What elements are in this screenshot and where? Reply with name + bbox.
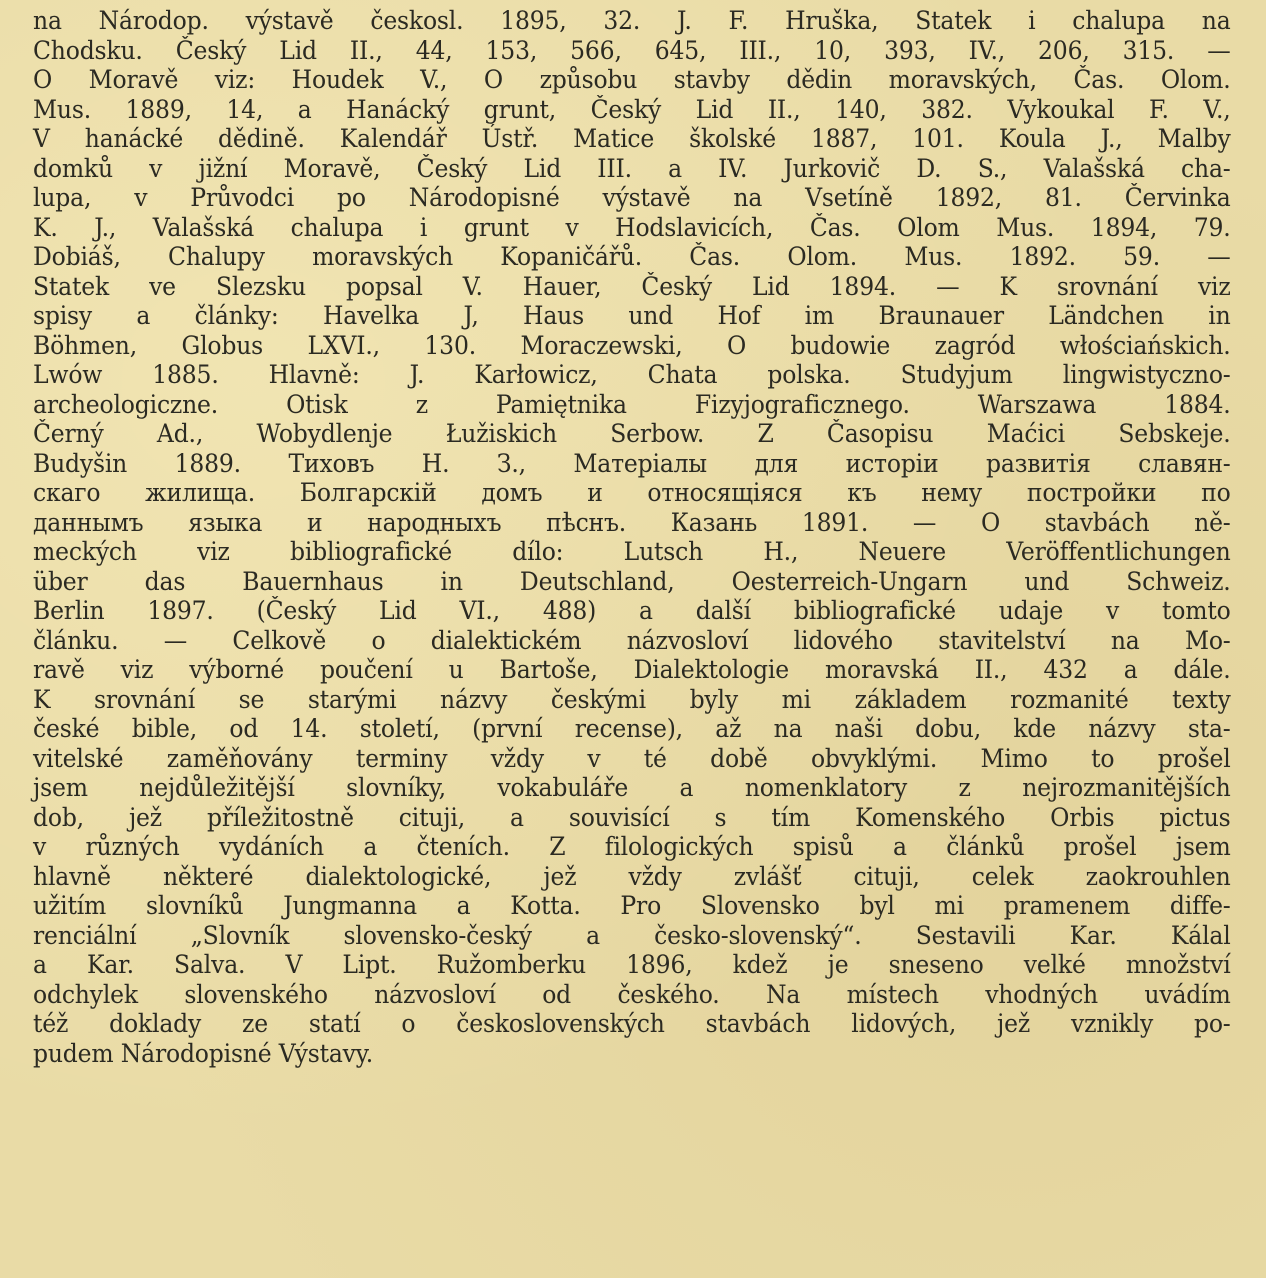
text-line: užitím slovníků Jungmanna a Kotta. Pro S…	[33, 891, 1231, 921]
text-line: Chodsku. Český Lid II., 44, 153, 566, 64…	[33, 36, 1231, 66]
document-page: na Národop. výstavě českosl. 1895, 32. J…	[33, 6, 1231, 1068]
text-line: Böhmen, Globus LXVI., 130. Moraczewski, …	[33, 331, 1231, 361]
text-line: dob, jež příležitostně cituji, a souvisí…	[33, 803, 1231, 833]
text-line: renciální „Slovník slovensko-český a čes…	[33, 921, 1231, 951]
text-line: über das Bauernhaus in Deutschland, Oest…	[33, 567, 1231, 597]
text-line: jsem nejdůležitější slovníky, vokabuláře…	[33, 773, 1231, 803]
text-line: odchylek slovenského názvosloví od české…	[33, 980, 1231, 1010]
text-line: spisy a články: Havelka J, Haus und Hof …	[33, 301, 1231, 331]
text-line: domků v jižní Moravě, Český Lid III. a I…	[33, 154, 1231, 184]
text-line: V hanácké dědině. Kalendář Ústř. Matice …	[33, 124, 1231, 154]
text-line: hlavně některé dialektologické, jež vždy…	[33, 862, 1231, 892]
text-line: a Kar. Salva. V Lipt. Ružomberku 1896, k…	[33, 950, 1231, 980]
text-line: K. J., Valašská chalupa i grunt v Hodsla…	[33, 213, 1231, 243]
text-line: též doklady ze statí o československých …	[33, 1009, 1231, 1039]
text-line: lupa, v Průvodci po Národopisné výstavě …	[33, 183, 1231, 213]
text-line: Lwów 1885. Hlavně: J. Karłowicz, Chata p…	[33, 360, 1231, 390]
text-line: K srovnání se starými názvy českými byly…	[33, 685, 1231, 715]
text-line: na Národop. výstavě českosl. 1895, 32. J…	[33, 6, 1231, 36]
text-line: meckých viz bibliografické dílo: Lutsch …	[33, 537, 1231, 567]
text-line: Černý Ad., Wobydlenje Łužiskich Serbow. …	[33, 419, 1231, 449]
text-line: vitelské zaměňovány terminy vždy v té do…	[33, 744, 1231, 774]
text-line: скаго жилища. Болгарскій домъ и относящі…	[33, 478, 1231, 508]
text-line: článku. — Celkově o dialektickém názvosl…	[33, 626, 1231, 656]
text-line: O Moravě viz: Houdek V., O způsobu stavb…	[33, 65, 1231, 95]
text-line: Berlin 1897. (Český Lid VI., 488) a dalš…	[33, 596, 1231, 626]
text-line: Statek ve Slezsku popsal V. Hauer, Český…	[33, 272, 1231, 302]
text-line-last: pudem Národopisné Výstavy.	[33, 1039, 1231, 1069]
text-line: ravě viz výborné poučení u Bartoše, Dial…	[33, 655, 1231, 685]
text-line: archeologiczne. Otisk z Pamiętnika Fizyj…	[33, 390, 1231, 420]
text-line: Dobiáš, Chalupy moravských Kopaničářů. Č…	[33, 242, 1231, 272]
text-line: české bible, od 14. století, (první rece…	[33, 714, 1231, 744]
text-line: v různých vydáních a čteních. Z filologi…	[33, 832, 1231, 862]
text-line: Budyšin 1889. Тиховъ Н. З., Матеріалы дл…	[33, 449, 1231, 479]
text-line: Mus. 1889, 14, a Hanácký grunt, Český Li…	[33, 95, 1231, 125]
text-line: даннымъ языка и народныхъ пѣснъ. Казань …	[33, 508, 1231, 538]
